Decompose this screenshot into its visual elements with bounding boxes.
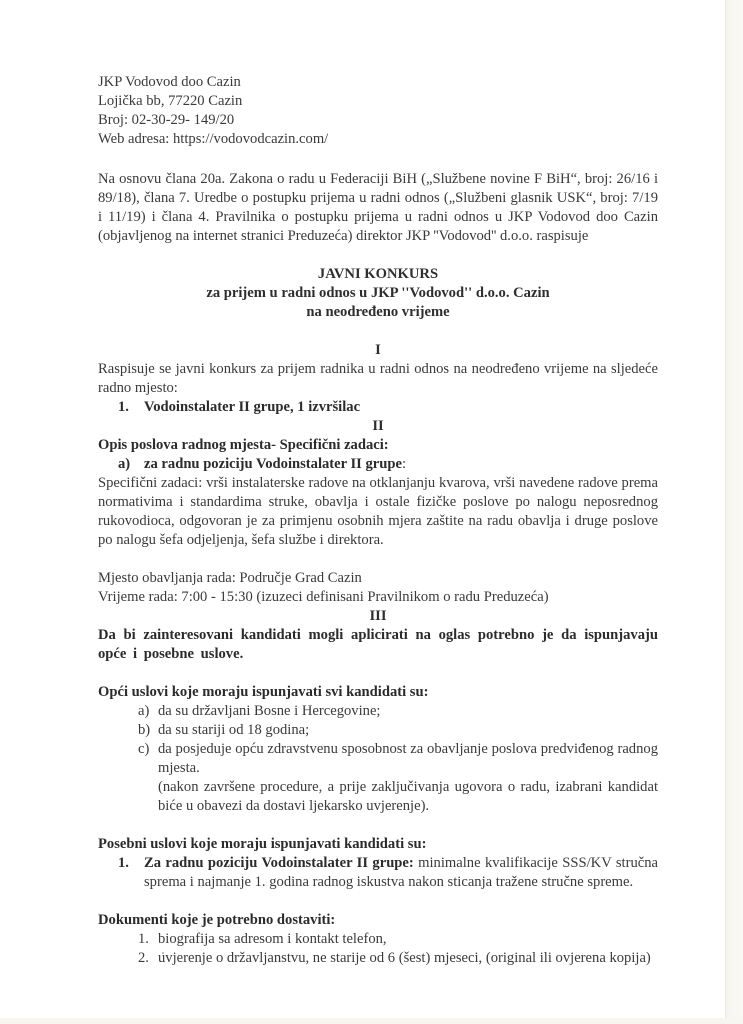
colon: : — [402, 456, 406, 472]
title-line-1: JAVNI KONKURS — [98, 265, 658, 284]
title-line-3: na neodređeno vrijeme — [98, 303, 658, 322]
list-item-body: Za radnu poziciju Vodoinstalater II grup… — [138, 854, 658, 892]
work-location: Mjesto obavljanja rada: Područje Grad Ca… — [98, 569, 658, 588]
company-address: Lojička bb, 77220 Cazin — [98, 92, 658, 111]
job-subheading-text: za radnu poziciju Vodoinstalater II grup… — [144, 456, 402, 472]
list-marker: 1. — [118, 398, 138, 417]
company-name: JKP Vodovod doo Cazin — [98, 73, 658, 92]
list-item: 1. Za radnu poziciju Vodoinstalater II g… — [98, 854, 658, 892]
list-marker: c) — [138, 740, 158, 778]
specific-tasks: Specifični zadaci: vrši instalaterske ra… — [98, 474, 658, 550]
job-description-heading: Opis poslova radnog mjesta- Specifični z… — [98, 436, 658, 455]
section-2-number: II — [98, 417, 658, 436]
list-item: a) da su državljani Bosne i Hercegovine; — [138, 702, 658, 721]
work-hours: Vrijeme rada: 7:00 - 15:30 (izuzeci defi… — [98, 588, 658, 607]
list-item: 1. biografija sa adresom i kontakt telef… — [138, 930, 658, 949]
general-conditions-list: a) da su državljani Bosne i Hercegovine;… — [98, 702, 658, 816]
list-marker: 2. — [138, 949, 158, 968]
scan-page-edge — [725, 0, 743, 1024]
conditions-intro: Da bi zainteresovani kandidati mogli apl… — [98, 626, 658, 664]
section-1-text: Raspisuje se javni konkurs za prijem rad… — [98, 360, 658, 398]
document-page: JKP Vodovod doo Cazin Lojička bb, 77220 … — [98, 73, 658, 968]
list-item-text: uvjerenje o državljanstvu, ne starije od… — [158, 949, 658, 968]
special-conditions-heading: Posebni uslovi koje moraju ispunjavati k… — [98, 835, 658, 854]
list-item: 2. uvjerenje o državljanstvu, ne starije… — [138, 949, 658, 968]
list-marker: a) — [138, 702, 158, 721]
scan-bottom-edge — [0, 1018, 743, 1024]
job-subheading: a) za radnu poziciju Vodoinstalater II g… — [98, 455, 658, 474]
documents-list: 1. biografija sa adresom i kontakt telef… — [98, 930, 658, 968]
section-3-number: III — [98, 607, 658, 626]
medical-note: (nakon završene procedure, a prije zaklj… — [158, 778, 658, 816]
list-marker: a) — [118, 455, 138, 474]
list-item-text: da su državljani Bosne i Hercegovine; — [158, 702, 658, 721]
section-1-number: I — [98, 341, 658, 360]
general-conditions-heading: Opći uslovi koje moraju ispunjavati svi … — [98, 683, 658, 702]
list-item-text: biografija sa adresom i kontakt telefon, — [158, 930, 658, 949]
title-line-2: za prijem u radni odnos u JKP ''Vodovod'… — [98, 284, 658, 303]
list-marker: 1. — [118, 854, 138, 892]
intro-paragraph: Na osnovu člana 20a. Zakona o radu u Fed… — [98, 170, 658, 246]
list-marker: 1. — [138, 930, 158, 949]
list-item-text: da su stariji od 18 godina; — [158, 721, 658, 740]
web-address: Web adresa: https://vodovodcazin.com/ — [98, 130, 658, 149]
position-name: Vodoinstalater II grupe, 1 izvršilac — [138, 398, 658, 417]
document-number: Broj: 02-30-29- 149/20 — [98, 111, 658, 130]
list-item: b) da su stariji od 18 godina; — [138, 721, 658, 740]
list-item-text: da posjeduje opću zdravstvenu sposobnost… — [158, 740, 658, 778]
documents-heading: Dokumenti koje je potrebno dostaviti: — [98, 911, 658, 930]
list-item-note: (nakon završene procedure, a prije zaklj… — [138, 778, 658, 816]
position-item: 1. Vodoinstalater II grupe, 1 izvršilac — [98, 398, 658, 417]
list-marker: b) — [138, 721, 158, 740]
position-label: Za radnu poziciju Vodoinstalater II grup… — [144, 855, 414, 871]
document-title: JAVNI KONKURS za prijem u radni odnos u … — [98, 265, 658, 322]
letterhead: JKP Vodovod doo Cazin Lojička bb, 77220 … — [98, 73, 658, 149]
list-item: c) da posjeduje opću zdravstvenu sposobn… — [138, 740, 658, 778]
